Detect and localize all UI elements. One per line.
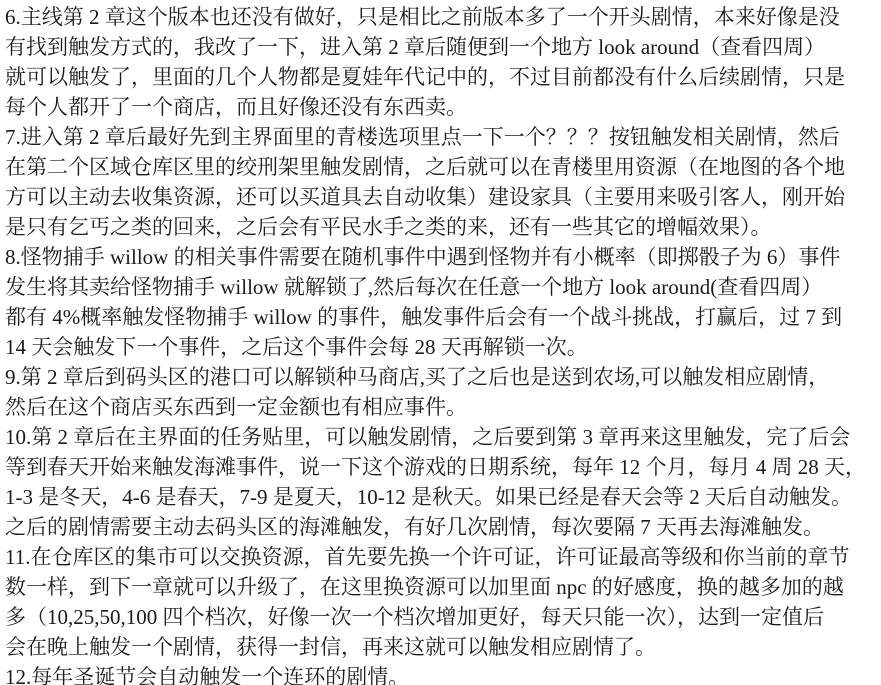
- text-line: 有找到触发方式的，我改了一下，进入第 2 章后随便到一个地方 look arou…: [5, 32, 879, 62]
- text-line: 每个人都开了一个商店，而且好像还没有东西卖。: [5, 92, 879, 122]
- text-line: 会在晚上触发一个剧情，获得一封信，再来这就可以触发相应剧情了。: [5, 632, 879, 662]
- text-line: 12.每年圣诞节会自动触发一个连环的剧情。: [5, 662, 879, 685]
- note-item-12: 12.每年圣诞节会自动触发一个连环的剧情。: [5, 662, 879, 685]
- note-item-8: 8.怪物捕手 willow 的相关事件需要在随机事件中遇到怪物并有小概率（即掷骰…: [5, 242, 879, 362]
- text-line: 多（10,25,50,100 四个档次，好像一次一个档次增加更好，每天只能一次）…: [5, 602, 879, 632]
- text-line: 数一样，到下一章就可以升级了，在这里换资源可以加里面 npc 的好感度，换的越多…: [5, 572, 879, 602]
- text-line: 之后的剧情需要主动去码头区的海滩触发，有好几次剧情，每次要隔 7 天再去海滩触发…: [5, 512, 879, 542]
- text-line: 是只有乞丐之类的回来，之后会有平民水手之类的来，还有一些其它的增幅效果）。: [5, 212, 879, 242]
- document: 6.主线第 2 章这个版本也还没有做好，只是相比之前版本多了一个开头剧情，本来好…: [0, 0, 881, 685]
- text-line: 6.主线第 2 章这个版本也还没有做好，只是相比之前版本多了一个开头剧情，本来好…: [5, 2, 879, 32]
- text-line: 8.怪物捕手 willow 的相关事件需要在随机事件中遇到怪物并有小概率（即掷骰…: [5, 242, 879, 272]
- note-item-9: 9.第 2 章后到码头区的港口可以解锁种马商店,买了之后也是送到农场,可以触发相…: [5, 362, 879, 422]
- text-line: 就可以触发了，里面的几个人物都是夏娃年代记中的，不过目前都没有什么后续剧情，只是: [5, 62, 879, 92]
- text-line: 1-3 是冬天，4-6 是春天，7-9 是夏天，10-12 是秋天。如果已经是春…: [5, 482, 879, 512]
- text-line: 14 天会触发下一个事件，之后这个事件会每 28 天再解锁一次。: [5, 332, 879, 362]
- text-line: 方可以主动去收集资源，还可以买道具去自动收集）建设家具（主要用来吸引客人，刚开始: [5, 182, 879, 212]
- text-line: 发生将其卖给怪物捕手 willow 就解锁了,然后每次在任意一个地方 look …: [5, 272, 879, 302]
- text-line: 都有 4%概率触发怪物捕手 willow 的事件，触发事件后会有一个战斗挑战，打…: [5, 302, 879, 332]
- text-line: 等到春天开始来触发海滩事件，说一下这个游戏的日期系统，每年 12 个月，每月 4…: [5, 452, 879, 482]
- text-line: 9.第 2 章后到码头区的港口可以解锁种马商店,买了之后也是送到农场,可以触发相…: [5, 362, 879, 392]
- text-line: 11.在仓库区的集市可以交换资源，首先要先换一个许可证，许可证最高等级和你当前的…: [5, 542, 879, 572]
- note-item-7: 7.进入第 2 章后最好先到主界面里的青楼选项里点一下一个？？？按钮触发相关剧情…: [5, 122, 879, 242]
- text-line: 在第二个区域仓库区里的绞刑架里触发剧情，之后就可以在青楼里用资源（在地图的各个地: [5, 152, 879, 182]
- text-line: 7.进入第 2 章后最好先到主界面里的青楼选项里点一下一个？？？按钮触发相关剧情…: [5, 122, 879, 152]
- text-line: 10.第 2 章后在主界面的任务贴里，可以触发剧情，之后要到第 3 章再来这里触…: [5, 422, 879, 452]
- text-line: 然后在这个商店买东西到一定金额也有相应事件。: [5, 392, 879, 422]
- note-item-10: 10.第 2 章后在主界面的任务贴里，可以触发剧情，之后要到第 3 章再来这里触…: [5, 422, 879, 542]
- note-item-11: 11.在仓库区的集市可以交换资源，首先要先换一个许可证，许可证最高等级和你当前的…: [5, 542, 879, 662]
- note-item-6: 6.主线第 2 章这个版本也还没有做好，只是相比之前版本多了一个开头剧情，本来好…: [5, 2, 879, 122]
